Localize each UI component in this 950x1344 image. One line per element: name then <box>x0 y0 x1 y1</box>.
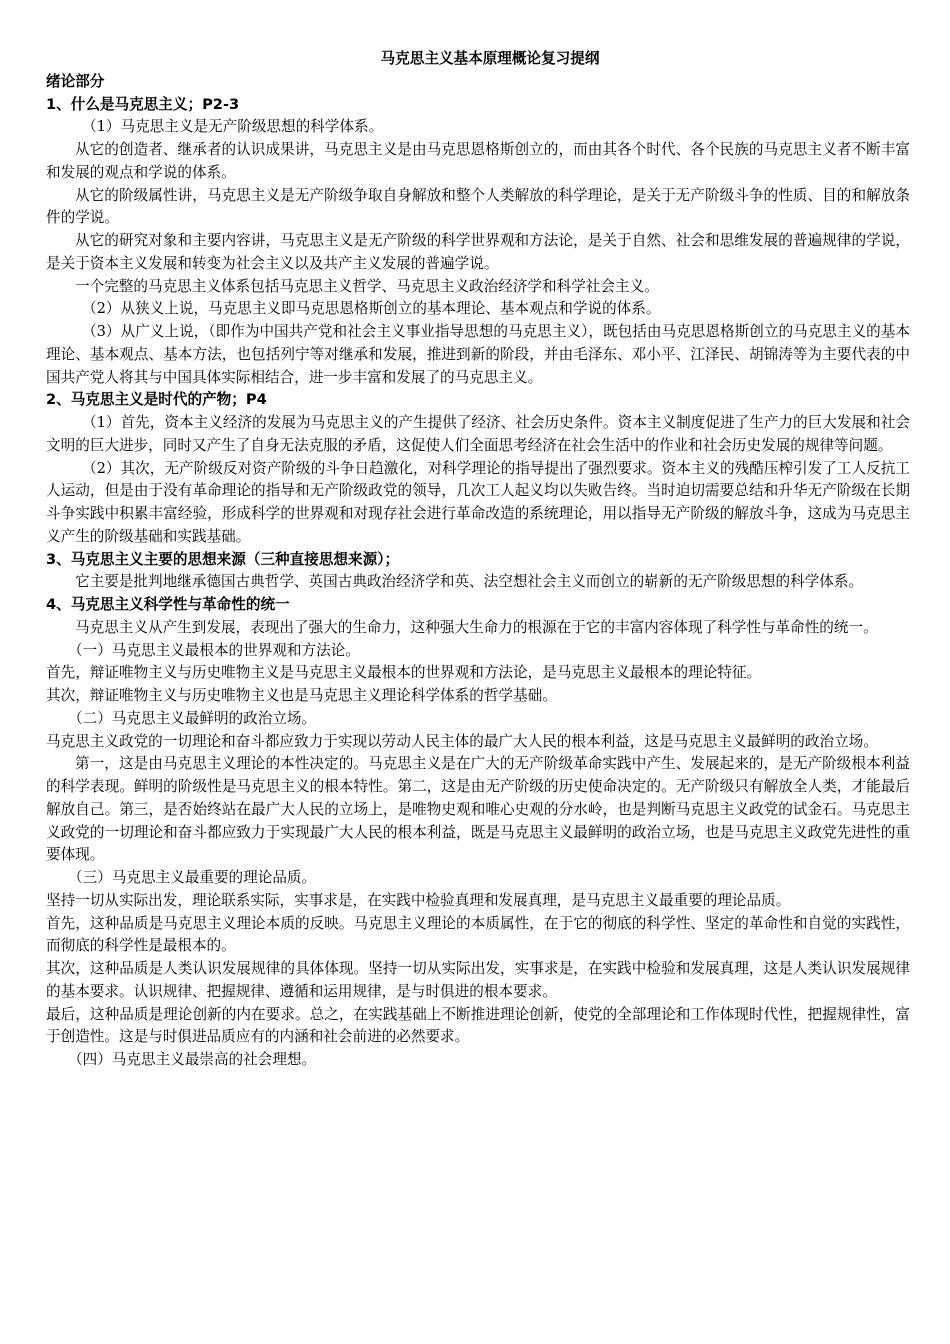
paragraph: 从它的研究对象和主要内容讲，马克思主义是无产阶级的科学世界观和方法论，是关于自然… <box>46 230 910 276</box>
paragraph: 马克思主义政党的一切理论和奋斗都应致力于实现以劳动人民主体的最广大人民的根本利益… <box>46 731 910 754</box>
paragraph: 一个完整的马克思主义体系包括马克思主义哲学、马克思主义政治经济学和科学社会主义。 <box>46 276 910 299</box>
paragraph: （1）首先，资本主义经济的发展为马克思主义的产生提供了经济、社会历史条件。资本主… <box>46 412 910 458</box>
paragraph: 它主要是批判地继承德国古典哲学、英国古典政治经济学和英、法空想社会主义而创立的崭… <box>46 571 910 594</box>
paragraph: 从它的阶级属性讲，马克思主义是无产阶级争取自身解放和整个人类解放的科学理论，是关… <box>46 185 910 231</box>
subheading: （一）马克思主义最根本的世界观和方法论。 <box>46 640 910 663</box>
question-heading-1: 1、什么是马克思主义；P2-3 <box>46 94 910 117</box>
subheading: （三）马克思主义最重要的理论品质。 <box>46 867 910 890</box>
paragraph: （3）从广义上说，（即作为中国共产党和社会主义事业指导思想的马克思主义），既包括… <box>46 321 910 389</box>
paragraph: （2）其次，无产阶级反对资产阶级的斗争日趋激化，对科学理论的指导提出了强烈要求。… <box>46 458 910 549</box>
paragraph: 马克思主义从产生到发展，表现出了强大的生命力，这种强大生命力的根源在于它的丰富内… <box>46 617 910 640</box>
subheading: （二）马克思主义最鲜明的政治立场。 <box>46 708 910 731</box>
section-heading: 绪论部分 <box>46 71 910 94</box>
paragraph: 最后，这种品质是理论创新的内在要求。总之，在实践基础上不断推进理论创新，使党的全… <box>46 1004 910 1050</box>
question-heading-4: 4、马克思主义科学性与革命性的统一 <box>46 594 910 617</box>
paragraph: 首先，这种品质是马克思主义理论本质的反映。马克思主义理论的本质属性，在于它的彻底… <box>46 913 910 959</box>
paragraph: （2）从狭义上说，马克思主义即马克思恩格斯创立的基本理论、基本观点和学说的体系。 <box>46 298 910 321</box>
subheading: （四）马克思主义最崇高的社会理想。 <box>46 1049 910 1072</box>
paragraph: 其次，辩证唯物主义与历史唯物主义也是马克思主义理论科学体系的哲学基础。 <box>46 685 910 708</box>
question-heading-2: 2、马克思主义是时代的产物；P4 <box>46 389 910 412</box>
document-title: 马克思主义基本原理概论复习提纲 <box>46 48 910 71</box>
paragraph: 从它的创造者、继承者的认识成果讲，马克思主义是由马克思恩格斯创立的，而由其各个时… <box>46 139 910 185</box>
paragraph: 第一，这是由马克思主义理论的本性决定的。马克思主义是在广大的无产阶级革命实践中产… <box>46 753 910 867</box>
paragraph: 坚持一切从实际出发，理论联系实际，实事求是，在实践中检验真理和发展真理，是马克思… <box>46 890 910 913</box>
paragraph: 首先，辩证唯物主义与历史唯物主义是马克思主义最根本的世界观和方法论，是马克思主义… <box>46 662 910 685</box>
question-heading-3: 3、马克思主义主要的思想来源（三种直接思想来源）； <box>46 549 910 572</box>
paragraph: （1）马克思主义是无产阶级思想的科学体系。 <box>46 116 910 139</box>
paragraph: 其次，这种品质是人类认识发展规律的具体体现。坚持一切从实际出发，实事求是，在实践… <box>46 958 910 1004</box>
document-page: 马克思主义基本原理概论复习提纲 绪论部分 1、什么是马克思主义；P2-3 （1）… <box>46 48 910 1072</box>
